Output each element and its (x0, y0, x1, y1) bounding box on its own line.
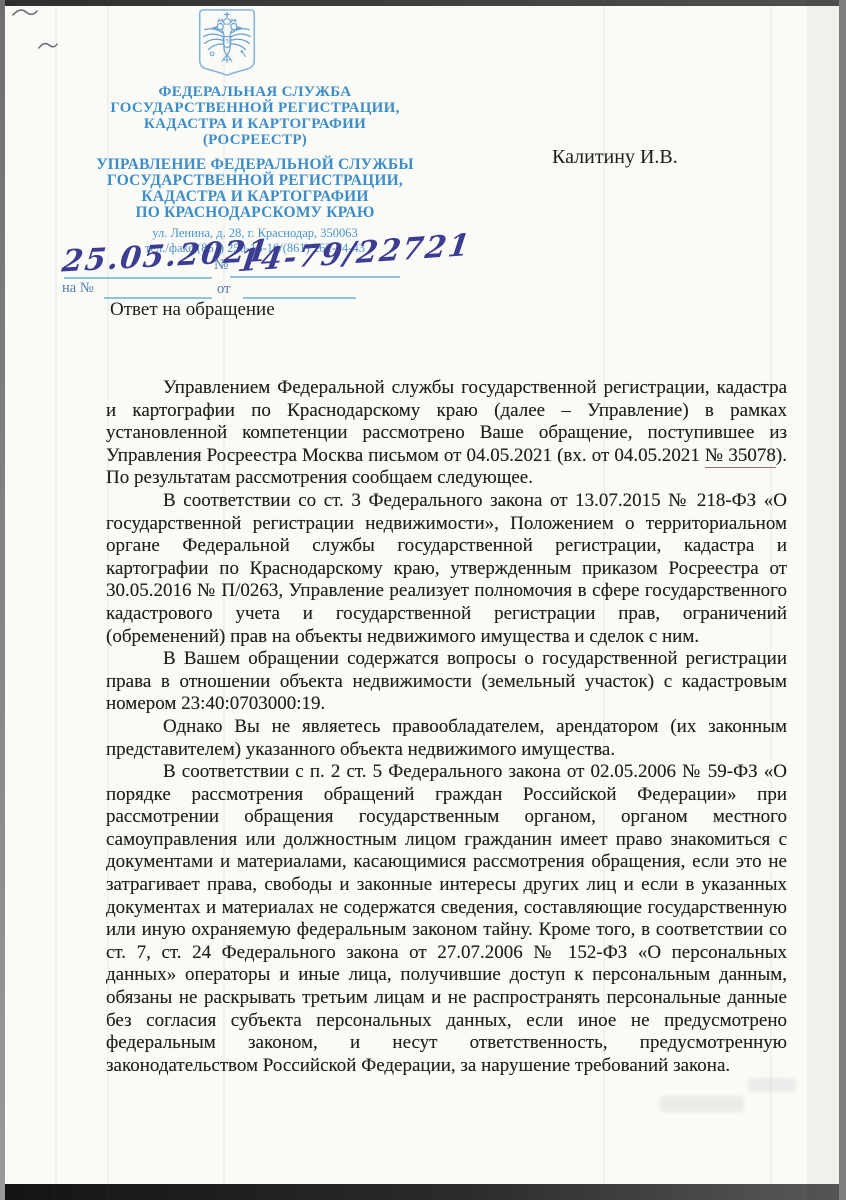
scan-edge-left (0, 0, 5, 1200)
form-underline (230, 276, 400, 278)
body-paragraph: В соответствии с п. 2 ст. 5 Федерального… (106, 761, 787, 1077)
scanned-letter-page: ФЕДЕРАЛЬНАЯ СЛУЖБА ГОСУДАРСТВЕННОЙ РЕГИС… (0, 0, 846, 1200)
letter-body: Управлением Федеральной службы государст… (106, 377, 787, 1077)
letterhead-agency-line: ФЕДЕРАЛЬНАЯ СЛУЖБА (55, 84, 455, 100)
russia-coat-of-arms-icon (196, 8, 258, 80)
scan-edge-bottom (0, 1184, 846, 1200)
letterhead-division-line: УПРАВЛЕНИЕ ФЕДЕРАЛЬНОЙ СЛУЖБЫ (55, 157, 455, 173)
underlined-incoming-number: № 35078 (705, 445, 776, 468)
number-sign: № (214, 257, 228, 274)
letterhead-agency-line: КАДАСТРА И КАРТОГРАФИИ (55, 116, 455, 132)
body-paragraph: Управлением Федеральной службы государст… (106, 377, 787, 490)
pen-scribble-icon (38, 40, 58, 52)
ghost-bleed-mark (660, 1096, 744, 1112)
letterhead-division: УПРАВЛЕНИЕ ФЕДЕРАЛЬНОЙ СЛУЖБЫ ГОСУДАРСТВ… (55, 157, 455, 221)
letterhead: ФЕДЕРАЛЬНАЯ СЛУЖБА ГОСУДАРСТВЕННОЙ РЕГИС… (55, 84, 455, 256)
letterhead-agency: ФЕДЕРАЛЬНАЯ СЛУЖБА ГОСУДАРСТВЕННОЙ РЕГИС… (55, 84, 455, 148)
letterhead-division-line: ПО КРАСНОДАРСКОМУ КРАЮ (55, 205, 455, 221)
form-underline (64, 277, 212, 279)
pen-scribble-icon (12, 6, 38, 20)
paragraph-text: Управлением Федеральной службы государст… (106, 377, 787, 466)
body-paragraph: В соответствии со ст. 3 Федерального зак… (106, 490, 787, 648)
letterhead-division-line: КАДАСТРА И КАРТОГРАФИИ (55, 189, 455, 205)
reply-to-label: на № (62, 280, 94, 297)
recipient-name: Калитину И.В. (552, 146, 678, 169)
body-paragraph: В Вашем обращении содержатся вопросы о г… (106, 648, 787, 716)
ghost-bleed-mark (748, 1078, 796, 1092)
reply-from-label: от (217, 281, 230, 298)
scan-shade-right (807, 0, 839, 1200)
letter-subject: Ответ на обращение (110, 299, 275, 321)
scan-edge-right (839, 0, 846, 1200)
letterhead-agency-line: (РОСРЕЕСТР) (55, 132, 455, 148)
body-paragraph: Однако Вы не являетесь правообладателем,… (106, 716, 787, 761)
letterhead-division-line: ГОСУДАРСТВЕННОЙ РЕГИСТРАЦИИ, (55, 173, 455, 189)
letterhead-agency-line: ГОСУДАРСТВЕННОЙ РЕГИСТРАЦИИ, (55, 100, 455, 116)
scan-edge-top (0, 0, 846, 6)
